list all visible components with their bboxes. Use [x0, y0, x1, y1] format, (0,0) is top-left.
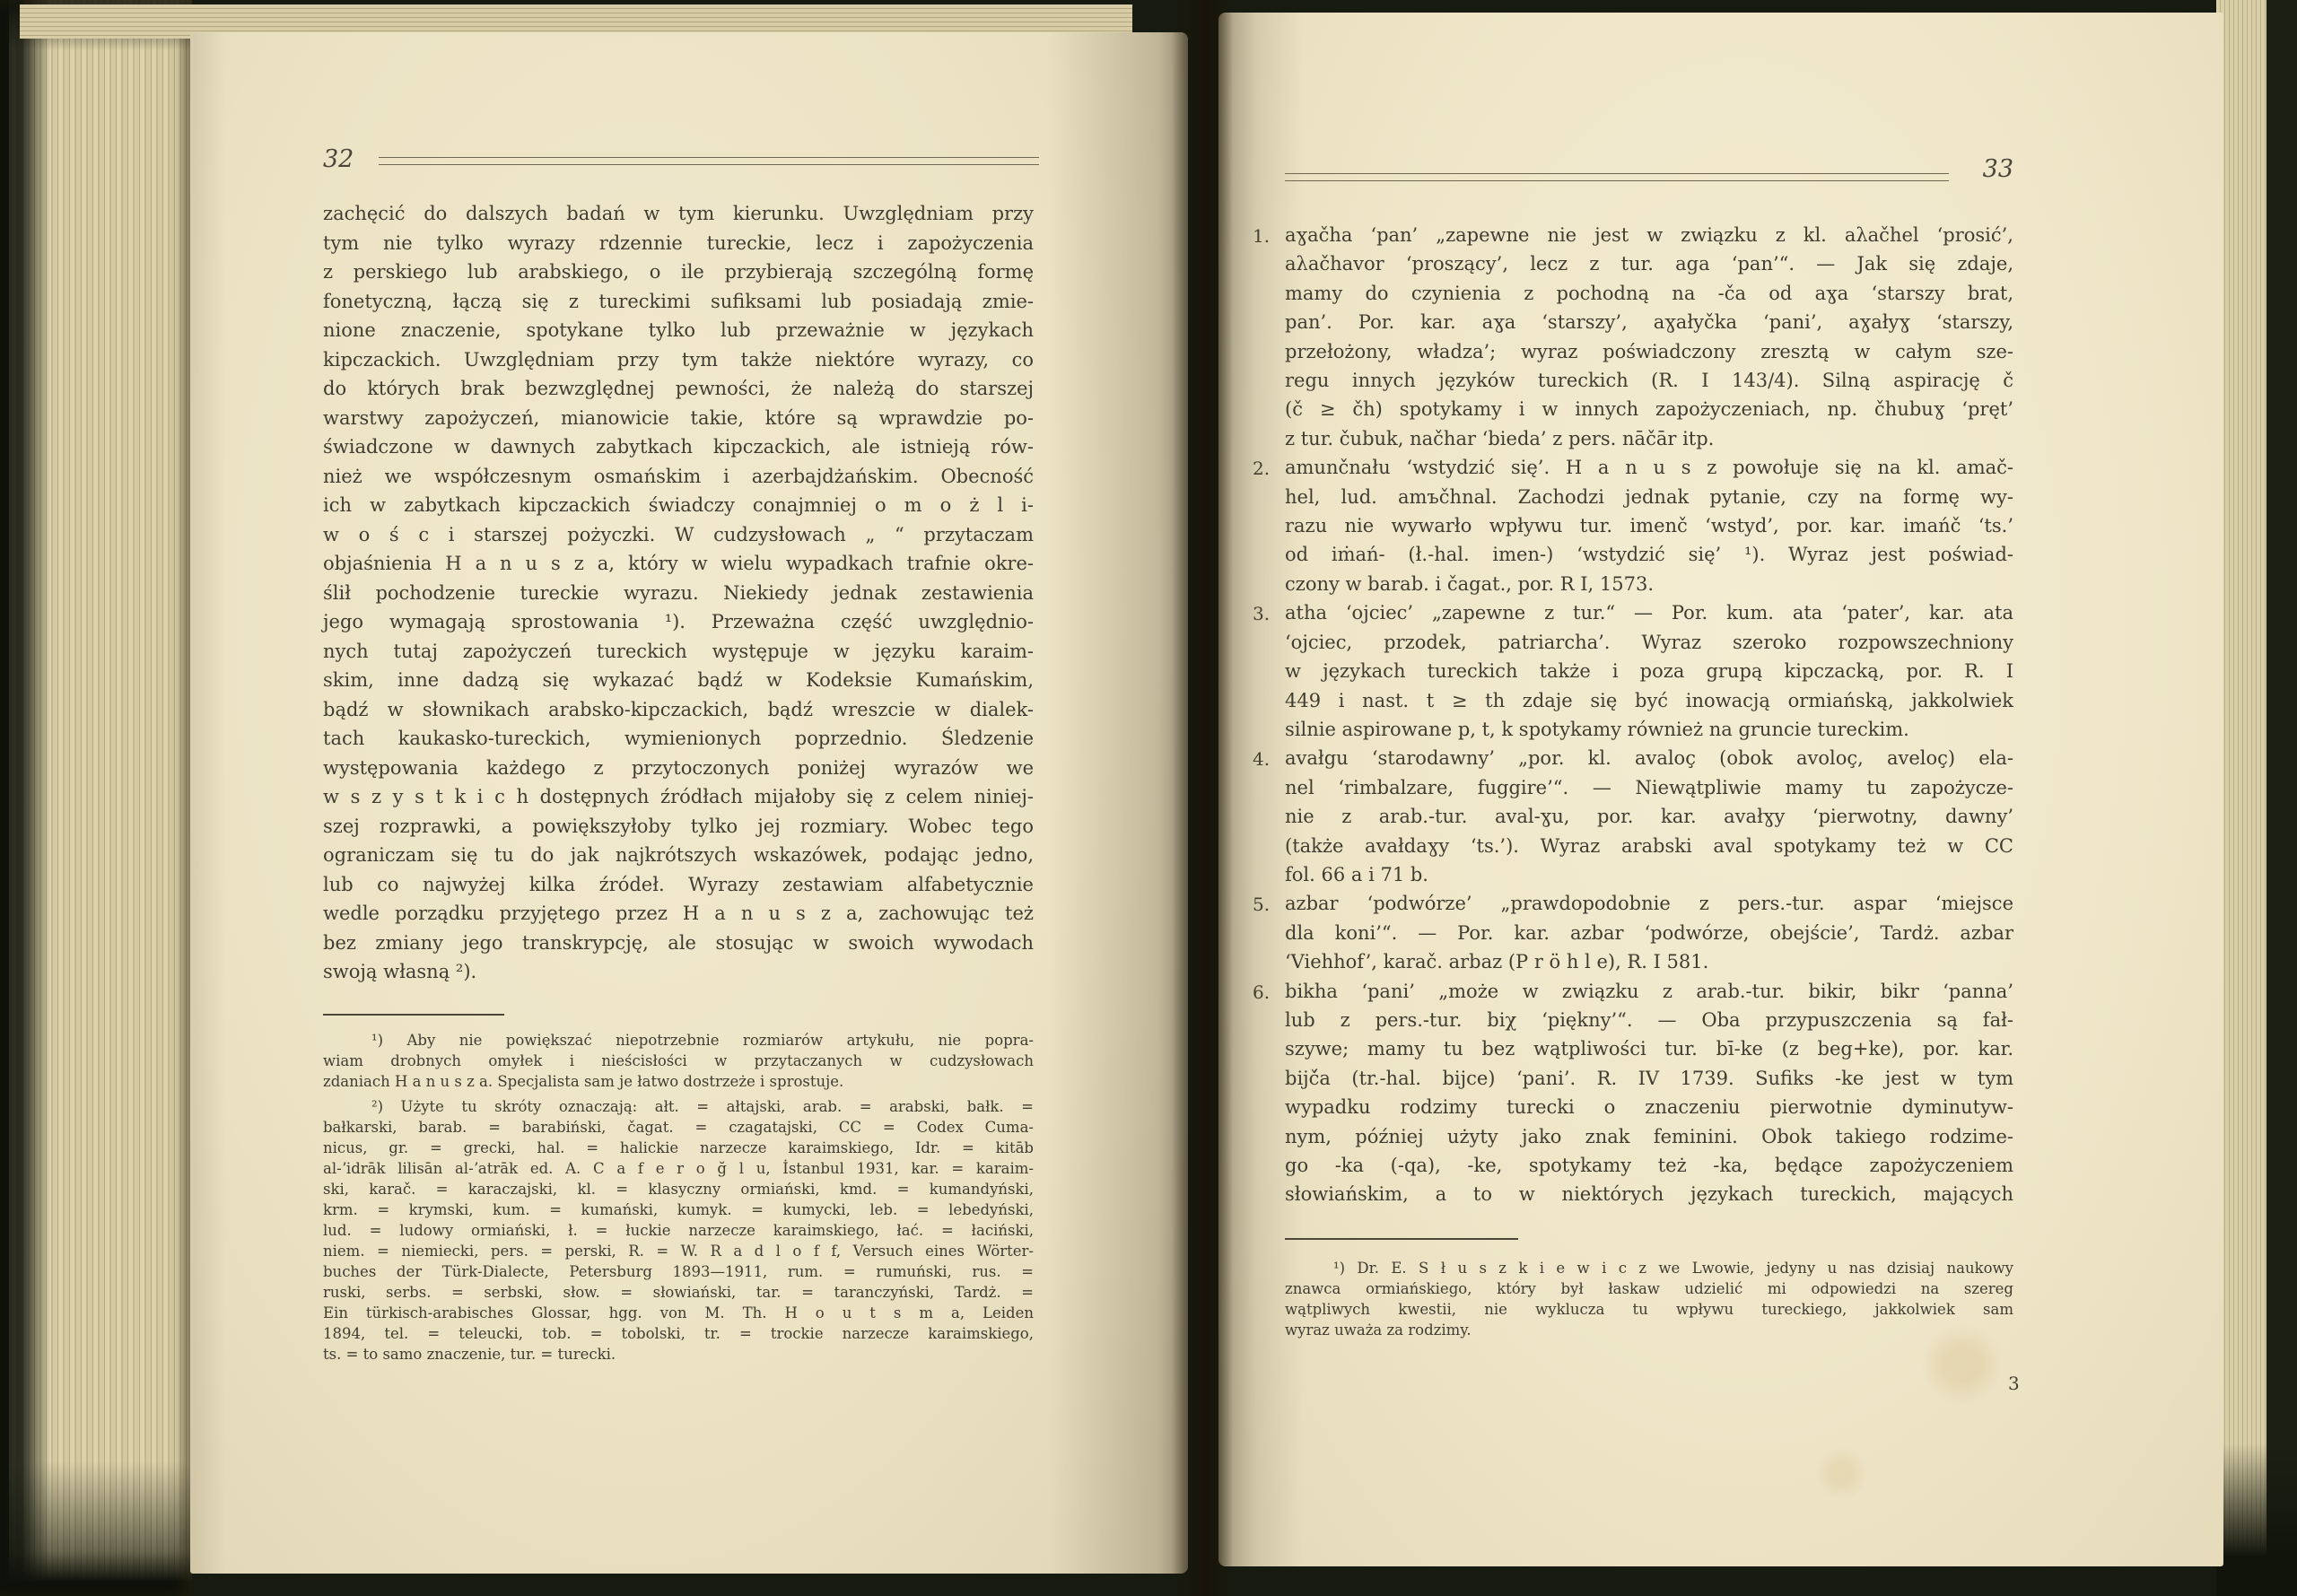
text-line: razu nie wywarło wpływu tur. imenč ‘wsty… [1285, 511, 2013, 540]
text-line: al-ʼidrāk lilisān al-ʼatrāk ed. A. C a f… [323, 1158, 1034, 1179]
text-line: nel ‘rimbalzare, fuggire’“. — Niewątpliw… [1285, 773, 2013, 802]
text-line: fonetyczną, łączą się z tureckimi sufiks… [323, 287, 1034, 317]
text-line: atha ‘ojciec’ „zapewne z tur.“ — Por. ku… [1285, 598, 2013, 627]
text-line: tym nie tylko wyrazy rdzennie tureckie, … [323, 229, 1034, 258]
text-line: buches der Türk-Dialecte, Petersburg 189… [323, 1261, 1034, 1282]
page-stack-left-edge [0, 0, 192, 1596]
left-page: 32 zachęcić do dalszych badań w tym kier… [190, 32, 1188, 1574]
text-line: z tur. čubuk, načhar ‘bieda’ z pers. nāč… [1285, 424, 2013, 453]
text-line: nym, później użyty jako znak feminini. O… [1285, 1122, 2013, 1151]
entry-number: 4. [1253, 745, 1270, 773]
text-line: w s z y s t k i c h dostępnych źródłach … [323, 782, 1034, 812]
text-line: lub co najwyżej kilka źródeł. Wyrazy zes… [323, 870, 1034, 900]
text-line: objaśnienia H a n u s z a, który w wielu… [323, 549, 1034, 579]
header-double-rule [1285, 173, 1949, 181]
text-line: bałkarski, barab. = barabiński, čagat. =… [323, 1117, 1034, 1138]
text-line: nych tutaj zapożyczeń tureckich występuj… [323, 637, 1034, 667]
text-line: (także avałdaɣy ‘ts.’). Wyraz arabski av… [1285, 832, 2013, 860]
text-line: przełożony, władza’; wyraz poświadczony … [1285, 337, 2013, 366]
text-line: wątpliwych kwestii, nie wyklucza tu wpły… [1285, 1299, 2013, 1320]
text-line: znawca ormiańskiego, który był łaskaw ud… [1285, 1278, 2013, 1299]
entry-text: atha ‘ojciec’ „zapewne z tur.“ — Por. ku… [1285, 598, 2013, 744]
text-line: występowania każdego z przytoczonych pon… [323, 754, 1034, 783]
text-line: zdaniach H a n u s z a. Specjalista sam … [323, 1071, 1034, 1092]
right-page: 33 1. aɣačha ‘pan’ „zapewne nie jest w z… [1218, 13, 2223, 1566]
footnote-separator [1285, 1238, 1518, 1240]
text-line: jego wymagają sprostowania ¹). Przeważna… [323, 607, 1034, 637]
text-line: 1894, tel. = teleucki, tob. = tobolski, … [323, 1323, 1034, 1344]
text-line: hel, lud. amъčhnal. Zachodzi jednak pyta… [1285, 483, 2013, 511]
text-line: nie z arab.-tur. aval-ɣu, por. kar. avał… [1285, 802, 2013, 831]
entry-text: azbar ‘podwórze’ „prawdopodobnie z pers.… [1285, 889, 2013, 976]
text-line: od iṁań- (ł.-hal. imen-) ‘wstydzić się’ … [1285, 540, 2013, 569]
text-line: świadczone w dawnych zabytkach kipczacki… [323, 432, 1034, 462]
text-line: zachęcić do dalszych badań w tym kierunk… [323, 199, 1034, 229]
text-line: ślił pochodzenie tureckie wyrazu. Niekie… [323, 579, 1034, 608]
glossary-entry: 6. bikha ‘pani’ „może w związku z arab.-… [1285, 977, 2013, 1209]
text-line: dla koni’“. — Por. kar. azbar ‘podwórze,… [1285, 919, 2013, 947]
entry-text: aɣačha ‘pan’ „zapewne nie jest w związku… [1285, 221, 2013, 453]
entry-number: 5. [1253, 890, 1270, 919]
text-line: wiam drobnych omyłek i nieścisłości w pr… [323, 1051, 1034, 1071]
signature-number: 3 [2008, 1373, 2020, 1394]
text-line: 449 i nast. t ≥ th zdaje się być inowacj… [1285, 686, 2013, 715]
entry-number: 1. [1253, 222, 1270, 250]
text-line: z perskiego lub arabskiego, o ile przybi… [323, 257, 1034, 287]
text-line: Ein türkisch-arabisches Glossar, hgg. vo… [323, 1303, 1034, 1323]
text-line: nicus, gr. = grecki, hal. = halickie nar… [323, 1138, 1034, 1158]
text-line: avałgu ‘starodawny’ „por. kl. avaloç (ob… [1285, 744, 2013, 772]
text-line: bądź w słownikach arabsko-kipczackich, b… [323, 695, 1034, 725]
text-line: bijč́a (tr.-hal. bijce) ‘pani’. R. IV 17… [1285, 1064, 2013, 1093]
text-line: ²) Użyte tu skróty oznaczają: ałt. = ałt… [323, 1096, 1034, 1117]
book-scan: 32 zachęcić do dalszych badań w tym kier… [0, 0, 2297, 1596]
entry-number: 2. [1253, 454, 1270, 483]
text-line: ograniczam się tu do jak najkrótszych ws… [323, 841, 1034, 870]
text-line: w językach tureckich także i poza grupą … [1285, 657, 2013, 685]
glossary-entry: 4. avałgu ‘starodawny’ „por. kl. avaloç … [1285, 744, 2013, 889]
text-line: szej rozprawki, a powiększyłoby tylko je… [323, 812, 1034, 842]
text-line: ‘Viehhof’, karač. arbaz (P r ö h l e), R… [1285, 947, 2013, 976]
text-line: nione znaczenie, spotykane tylko lub prz… [323, 316, 1034, 345]
left-page-body-text: zachęcić do dalszych badań w tym kierunk… [323, 199, 1034, 987]
text-line: silnie aspirowane p, t, k spotykamy równ… [1285, 715, 2013, 744]
text-line: niem. = niemiecki, pers. = perski, R. = … [323, 1241, 1034, 1261]
text-line: go -ka (-qa), -ke, spotykamy też -ka, bę… [1285, 1151, 2013, 1180]
text-line: ¹) Dr. E. S ł u s z k i e w i c z we Lwo… [1285, 1258, 2013, 1278]
glossary-entry: 1. aɣačha ‘pan’ „zapewne nie jest w zwią… [1285, 221, 2013, 453]
text-line: ski, karač. = karaczajski, kl. = klasycz… [323, 1179, 1034, 1199]
entry-text: bikha ‘pani’ „może w związku z arab.-tur… [1285, 977, 2013, 1209]
footnote-separator [323, 1014, 504, 1016]
right-page-header: 33 [1285, 161, 2013, 196]
right-page-footnote: ¹) Dr. E. S ł u s z k i e w i c z we Lwo… [1285, 1258, 2013, 1340]
text-line: nież we współczesnym osmańskim i azerbaj… [323, 462, 1034, 492]
entry-number: 6. [1253, 978, 1270, 1007]
text-line: bez zmiany jego transkrypcję, ale stosuj… [323, 929, 1034, 958]
text-line: lud. = ludowy ormiański, ł. = łuckie nar… [323, 1220, 1034, 1241]
left-page-footnote-1: ¹) Aby nie powiększać niepotrzebnie rozm… [323, 1030, 1034, 1092]
text-line: lub z pers.-tur. biχ ‘piękny’“. — Oba pr… [1285, 1006, 2013, 1034]
text-line: kipczackich. Uwzględniam przy tym także … [323, 345, 1034, 375]
text-line: regu innych języków tureckich (R. I 143/… [1285, 366, 2013, 395]
text-line: wyraz uważa za rodzimy. [1285, 1320, 2013, 1340]
text-line: ruski, serbs. = serbski, słow. = słowiań… [323, 1282, 1034, 1303]
text-line: warstwy zapożyczeń, mianowicie takie, kt… [323, 404, 1034, 433]
entry-number: 3. [1253, 599, 1270, 628]
text-line: tach kaukasko-tureckich, wymienionych po… [323, 724, 1034, 754]
text-line: ‘ojciec, przodek, patriarcha’. Wyraz sze… [1285, 628, 2013, 657]
left-page-footnote-2: ²) Użyte tu skróty oznaczają: ałt. = ałt… [323, 1096, 1034, 1365]
text-line: w o ś c i starszej pożyczki. W cudzysłow… [323, 520, 1034, 550]
glossary-entry: 2. amunčnału ‘wstydzić się’. H a n u s z… [1285, 453, 2013, 598]
text-line: słowiańskim, a to w niektórych językach … [1285, 1180, 2013, 1208]
entry-text: avałgu ‘starodawny’ „por. kl. avaloç (ob… [1285, 744, 2013, 889]
left-page-header: 32 [323, 145, 1039, 179]
text-line: pan’. Por. kar. aɣa ‘starszy’, aɣałyčka … [1285, 308, 2013, 336]
glossary-entries: 1. aɣačha ‘pan’ „zapewne nie jest w zwią… [1285, 221, 2013, 1209]
book-cover-right-edge [2216, 0, 2297, 1596]
text-line: skim, inne dadzą się wykazać bądź w Kode… [323, 666, 1034, 695]
text-line: (č ≥ čh) spotykamy i w innych zapożyczen… [1285, 395, 2013, 423]
text-line: krm. = krymski, kum. = kumański, kumyk. … [323, 1199, 1034, 1220]
text-line: szywe; mamy tu bez wątpliwości tur. bī-k… [1285, 1034, 2013, 1063]
header-double-rule [379, 157, 1039, 165]
text-line: swoją własną ²). [323, 957, 1034, 987]
glossary-entry: 3. atha ‘ojciec’ „zapewne z tur.“ — Por.… [1285, 598, 2013, 744]
text-line: aλačhavor ‘proszący’, lecz z tur. aga ‘p… [1285, 249, 2013, 278]
text-line: aɣačha ‘pan’ „zapewne nie jest w związku… [1285, 221, 2013, 249]
text-line: ¹) Aby nie powiększać niepotrzebnie rozm… [323, 1030, 1034, 1051]
text-line: do których brak bezwzględnej pewności, ż… [323, 374, 1034, 404]
entry-text: amunčnału ‘wstydzić się’. H a n u s z po… [1285, 453, 2013, 598]
right-page-number: 33 [1983, 155, 2013, 183]
text-line: wedle porządku przyjętego przez H a n u … [323, 899, 1034, 929]
text-line: fol. 66 a i 71 b. [1285, 860, 2013, 889]
left-page-number: 32 [323, 145, 354, 173]
text-line: ts. = to samo znaczenie, tur. = turecki. [323, 1344, 1034, 1365]
text-line: bikha ‘pani’ „może w związku z arab.-tur… [1285, 977, 2013, 1006]
text-line: amunčnału ‘wstydzić się’. H a n u s z po… [1285, 453, 2013, 482]
text-line: ich w zabytkach kipczackich świadczy con… [323, 491, 1034, 520]
text-line: czony w barab. i čagat., por. R I, 1573. [1285, 570, 2013, 598]
glossary-entry: 5. azbar ‘podwórze’ „prawdopodobnie z pe… [1285, 889, 2013, 976]
text-line: wypadku rodzimy turecki o znaczeniu pier… [1285, 1093, 2013, 1121]
text-line: azbar ‘podwórze’ „prawdopodobnie z pers.… [1285, 889, 2013, 918]
text-line: mamy do czynienia z pochodną na -ča od a… [1285, 279, 2013, 308]
